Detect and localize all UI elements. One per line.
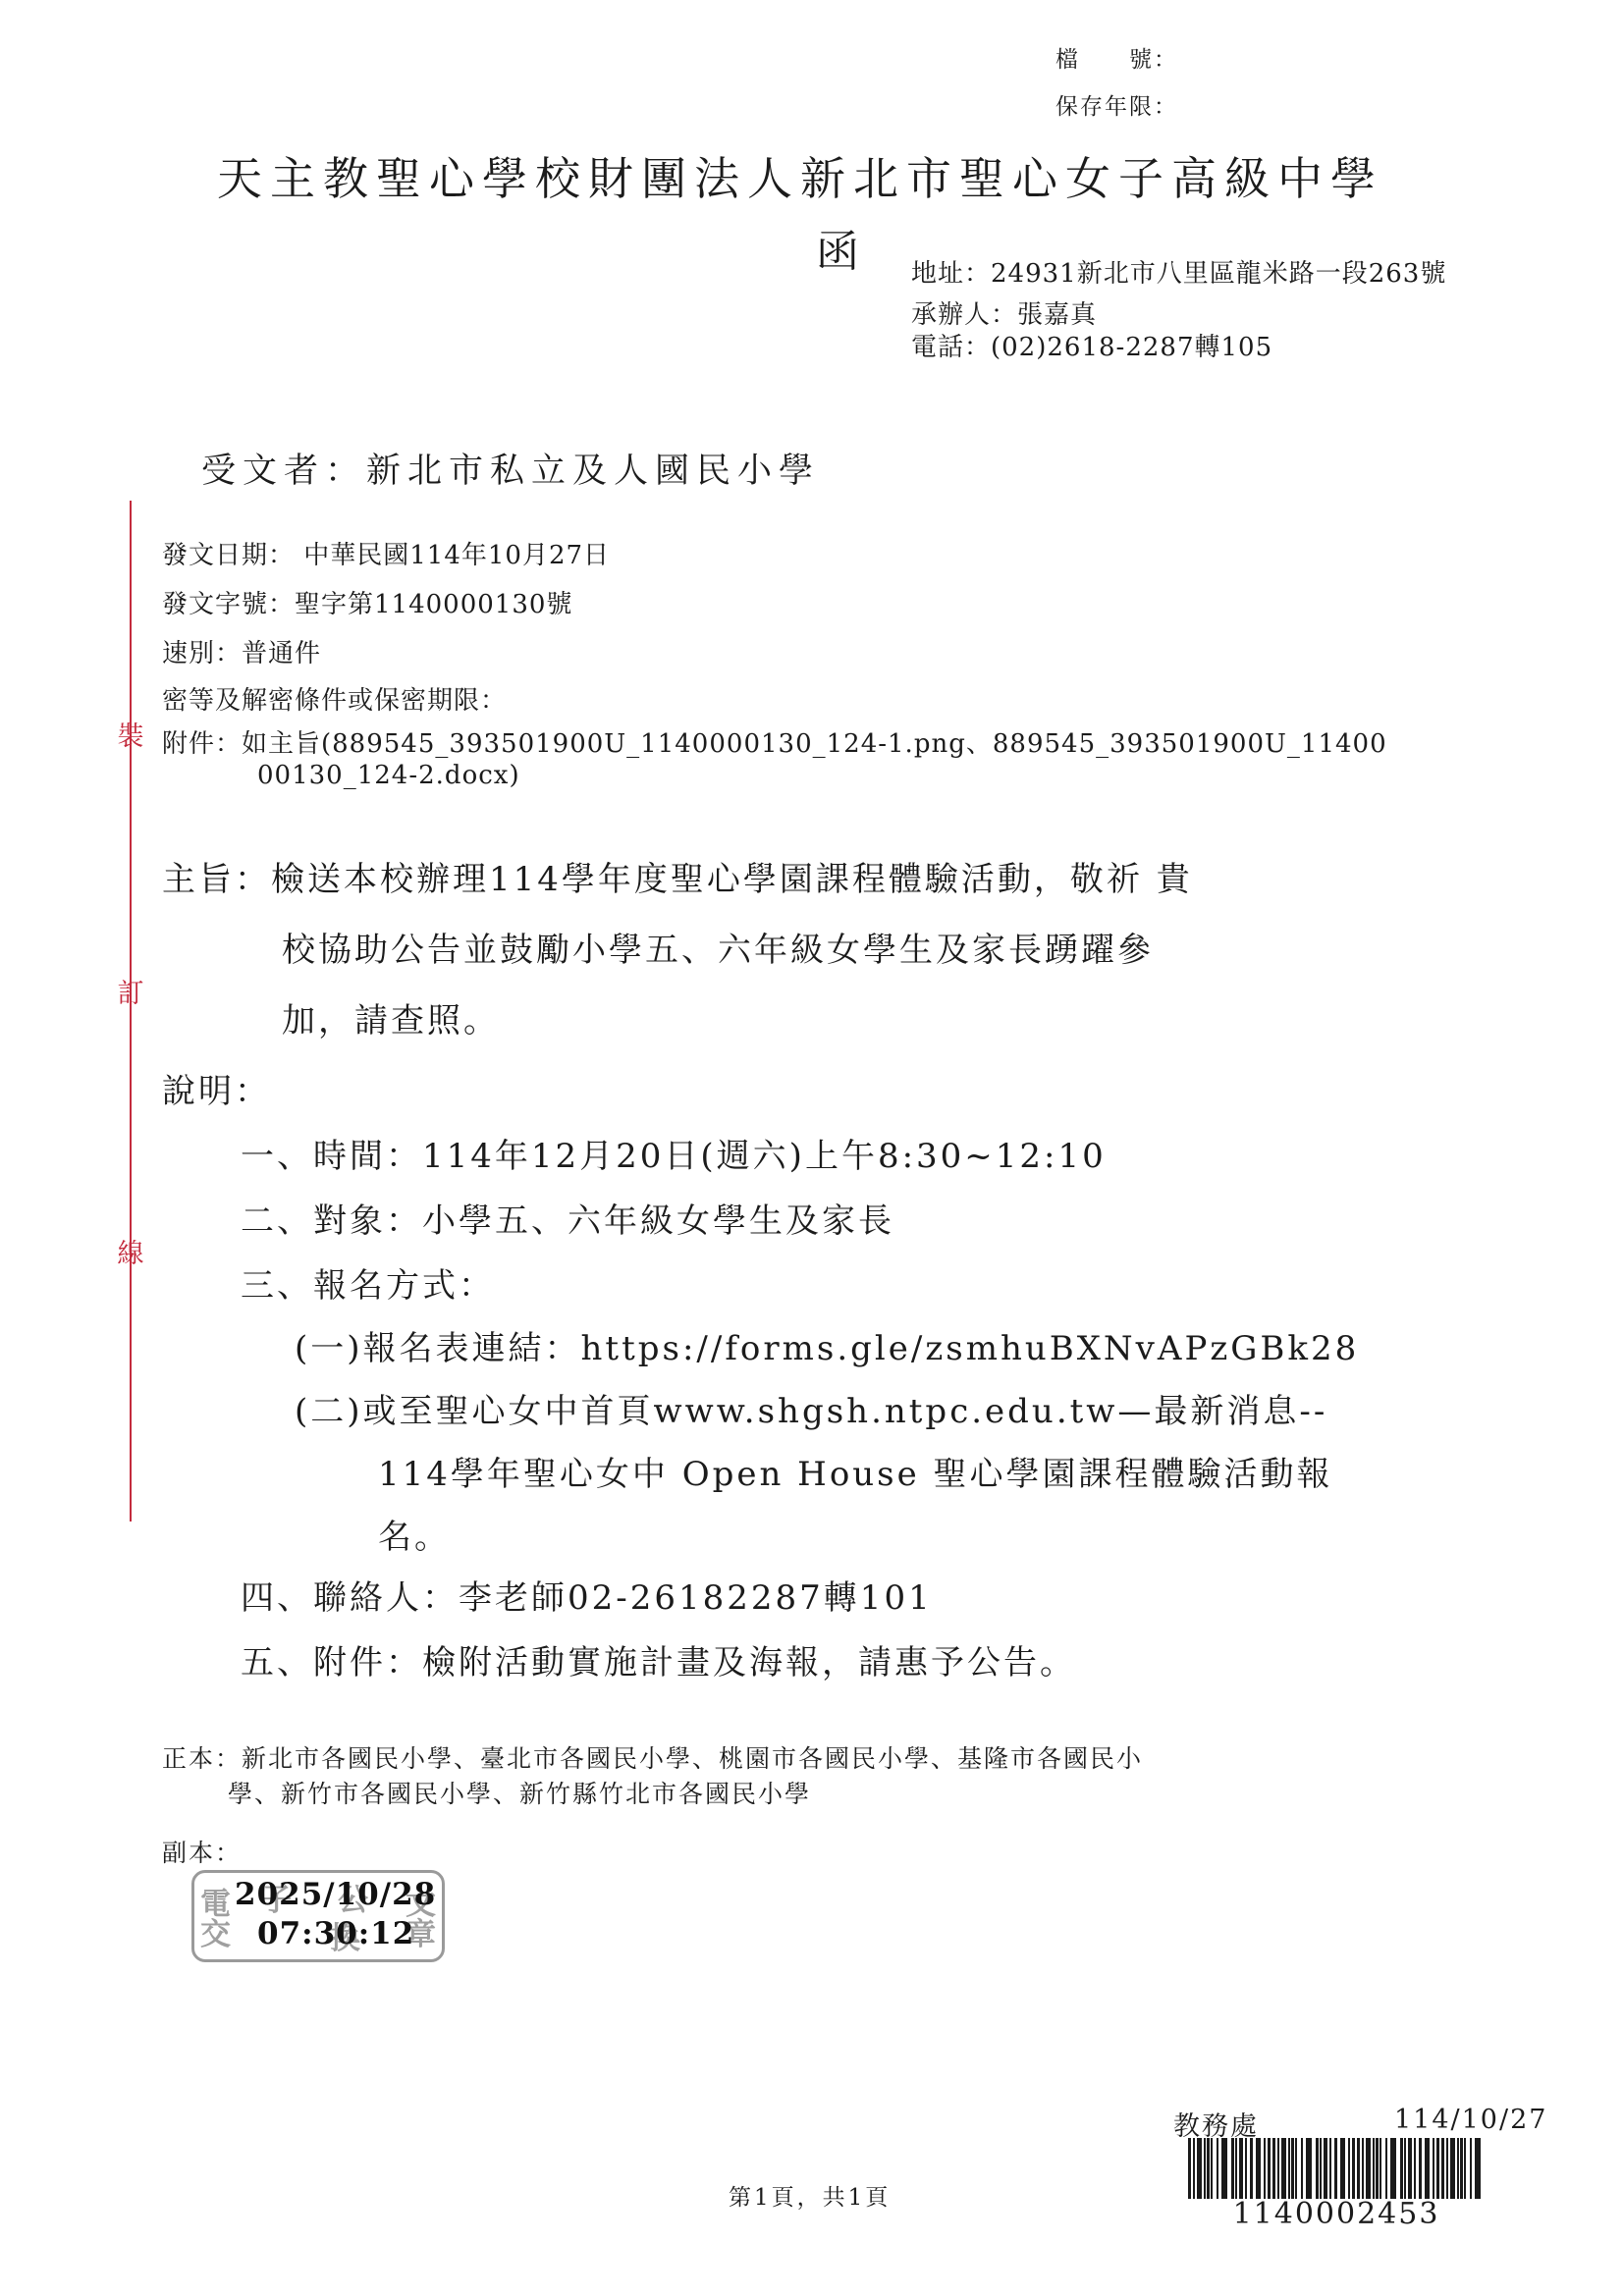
- binding-char-ding: 訂: [115, 972, 146, 1010]
- explanation-item-4-contact: 四、聯絡人：李老師02-26182287轉101: [241, 1571, 933, 1619]
- sender-address: 地址：24931新北市八里區龍米路一段263號: [911, 253, 1446, 290]
- stamp-exchange-time: 07:30:12: [257, 1916, 414, 1951]
- explanation-item-2-target: 二、對象：小學五、六年級女學生及家長: [241, 1194, 894, 1242]
- stamp-exchange-date: 2025/10/28: [235, 1877, 436, 1912]
- original-recipients-line-1: 正本：新北市各國民小學、臺北市各國民小學、桃園市各國民小學、基隆市各國民小: [162, 1739, 1143, 1775]
- recipient-line: 受文者：新北市私立及人國民小學: [201, 444, 820, 493]
- electronic-exchange-stamp: 電 子 公 文 交 換 章 2025/10/28 07:30:12: [191, 1870, 445, 1962]
- document-type: 函: [816, 216, 859, 279]
- speed-line: 速別：普通件: [162, 633, 321, 669]
- binding-char-zhuang: 裝: [115, 715, 146, 753]
- website-line-1: (二)或至聖心女中首頁www.shgsh.ntpc.edu.tw—最新消息--: [295, 1384, 1327, 1432]
- barcode: [1188, 2138, 1485, 2199]
- file-number-label: 檔 號：: [1055, 41, 1178, 74]
- doc-number-line: 發文字號：聖字第1140000130號: [162, 584, 572, 620]
- issue-date-line: 發文日期： 中華民國114年10月27日: [162, 535, 610, 571]
- stamp-char: 交: [200, 1909, 231, 1953]
- sender-contact-person: 承辦人：張嘉真: [911, 294, 1097, 331]
- retention-period-label: 保存年限：: [1055, 88, 1178, 121]
- footer-date: 114/10/27: [1394, 2105, 1547, 2135]
- subject-line-3: 加，請查照。: [282, 993, 500, 1041]
- barcode-number: 1140002453: [1188, 2197, 1485, 2231]
- registration-form-link-line: (一)報名表連結：https://forms.gle/zsmhuBXNvAPzG…: [295, 1321, 1359, 1369]
- website-line-3: 名。: [378, 1510, 451, 1558]
- original-recipients-line-2: 學、新竹市各國民小學、新竹縣竹北市各國民小學: [228, 1775, 811, 1810]
- explanation-item-3-registration: 三、報名方式：: [241, 1258, 495, 1307]
- explanation-item-1-time: 一、時間：114年12月20日(週六)上午8:30~12:10: [241, 1129, 1107, 1177]
- copy-recipients-label: 副本：: [162, 1834, 242, 1869]
- explanation-item-5-attachment: 五、附件：檢附活動實施計畫及海報，請惠予公告。: [241, 1635, 1076, 1683]
- subject-line-2: 校協助公告並鼓勵小學五、六年級女學生及家長踴躍參: [282, 923, 1154, 971]
- binding-line: [130, 501, 132, 1522]
- subject-line-1: 主旨：檢送本校辦理114學年度聖心學園課程體驗活動，敬祈 貴: [162, 852, 1193, 900]
- explanation-heading: 說明：: [162, 1064, 271, 1112]
- sender-phone: 電話：(02)2618-2287轉105: [911, 327, 1272, 363]
- security-line: 密等及解密條件或保密期限：: [162, 680, 507, 717]
- attachment-line-1: 附件：如主旨(889545_393501900U_1140000130_124-…: [162, 723, 1387, 760]
- official-document-page: 檔 號： 保存年限： 天主教聖心學校財團法人新北市聖心女子高級中學 函 地址：2…: [0, 0, 1623, 2296]
- page-number-info: 第1頁，共1頁: [729, 2179, 891, 2212]
- attachment-line-2: 00130_124-2.docx): [257, 761, 520, 790]
- issuing-organization-title: 天主教聖心學校財團法人新北市聖心女子高級中學: [147, 143, 1453, 208]
- website-line-2: 114學年聖心女中 Open House 聖心學園課程體驗活動報: [378, 1447, 1333, 1495]
- binding-char-xian: 線: [115, 1232, 146, 1270]
